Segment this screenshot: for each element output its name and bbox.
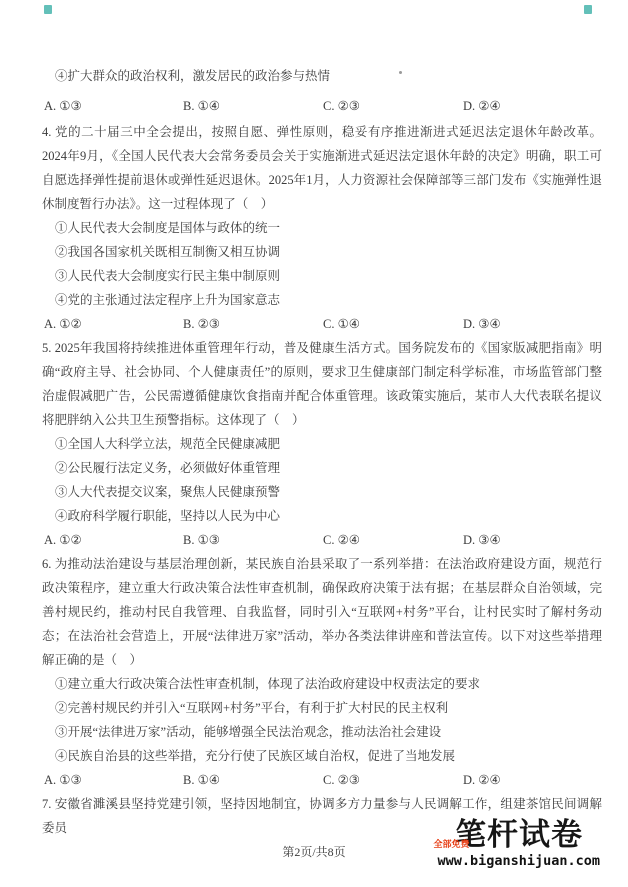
q4-item-4: ④党的主张通过法定程序上升为国家意志	[42, 288, 602, 312]
q6-item-4: ④民族自治县的这些举措，充分行使了民族区域自治权，促进了当地发展	[42, 744, 602, 768]
watermark-brand-title: 笔杆试卷	[455, 817, 583, 852]
q5-stem: 5. 2025年我国将持续推进体重管理年行动，普及健康生活方式。国务院发布的《国…	[42, 336, 602, 432]
q4-item-2: ②我国各国家机关既相互制衡又相互协调	[42, 240, 602, 264]
q5-item-4: ④政府科学履行职能，坚持以人民为中心	[42, 504, 602, 528]
q5-item-2: ②公民履行法定义务，必须做好体重管理	[42, 456, 602, 480]
q3-options-row: A. ①③ B. ①④ C. ②③ D. ②④	[42, 94, 602, 118]
q3-option-d: D. ②④	[463, 94, 602, 118]
watermark-url: www.biganshijuan.com	[437, 853, 600, 870]
q4-item-1: ①人民代表大会制度是国体与政体的统一	[42, 216, 602, 240]
q6-option-b: B. ①④	[183, 768, 323, 792]
watermark-free-badge: 全部免费	[433, 837, 469, 850]
q3-option-a: A. ①③	[44, 94, 183, 118]
q6-item-3: ③开展“法律进万家”活动，能够增强全民法治观念，推动法治社会建设	[42, 720, 602, 744]
q4-option-a: A. ①②	[44, 312, 183, 336]
q6-stem: 6. 为推动法治建设与基层治理创新，某民族自治县采取了一系列举措：在法治政府建设…	[42, 552, 602, 672]
watermark: 全部免费 笔杆试卷 www.biganshijuan.com	[437, 817, 600, 870]
q6-item-1: ①建立重大行政决策合法性审查机制，体现了法治政府建设中权责法定的要求	[42, 672, 602, 696]
q4-option-c: C. ①④	[323, 312, 463, 336]
scan-corner-mark-left	[44, 5, 52, 14]
scan-corner-mark-right	[584, 5, 592, 14]
q5-option-b: B. ①③	[183, 528, 323, 552]
q5-item-3: ③人大代表提交议案，聚焦人民健康预警	[42, 480, 602, 504]
q6-option-c: C. ②③	[323, 768, 463, 792]
q3-option-c: C. ②③	[323, 94, 463, 118]
exam-content: ④扩大群众的政治权利，激发居民的政治参与热情 A. ①③ B. ①④ C. ②③…	[42, 64, 602, 864]
watermark-title-row: 全部免费 笔杆试卷	[437, 817, 600, 853]
q6-option-a: A. ①③	[44, 768, 183, 792]
q5-option-c: C. ②④	[323, 528, 463, 552]
q6-options-row: A. ①③ B. ①④ C. ②③ D. ②④	[42, 768, 602, 792]
q3-item-4: ④扩大群众的政治权利，激发居民的政治参与热情	[42, 64, 602, 88]
q6-item-2: ②完善村规民约并引入“互联网+村务”平台，有利于扩大村民的民主权利	[42, 696, 602, 720]
q4-option-d: D. ③④	[463, 312, 602, 336]
q4-item-3: ③人民代表大会制度实行民主集中制原则	[42, 264, 602, 288]
q3-option-b: B. ①④	[183, 94, 323, 118]
q5-option-a: A. ①②	[44, 528, 183, 552]
q4-option-b: B. ②③	[183, 312, 323, 336]
exam-paper-page: ④扩大群众的政治权利，激发居民的政治参与热情 A. ①③ B. ①④ C. ②③…	[0, 0, 628, 887]
q4-stem: 4. 党的二十届三中全会提出，按照自愿、弹性原则，稳妥有序推进渐进式延迟法定退休…	[42, 120, 602, 216]
q5-options-row: A. ①② B. ①③ C. ②④ D. ③④	[42, 528, 602, 552]
q5-option-d: D. ③④	[463, 528, 602, 552]
q5-item-1: ①全国人大科学立法，规范全民健康减肥	[42, 432, 602, 456]
q4-options-row: A. ①② B. ②③ C. ①④ D. ③④	[42, 312, 602, 336]
q6-option-d: D. ②④	[463, 768, 602, 792]
